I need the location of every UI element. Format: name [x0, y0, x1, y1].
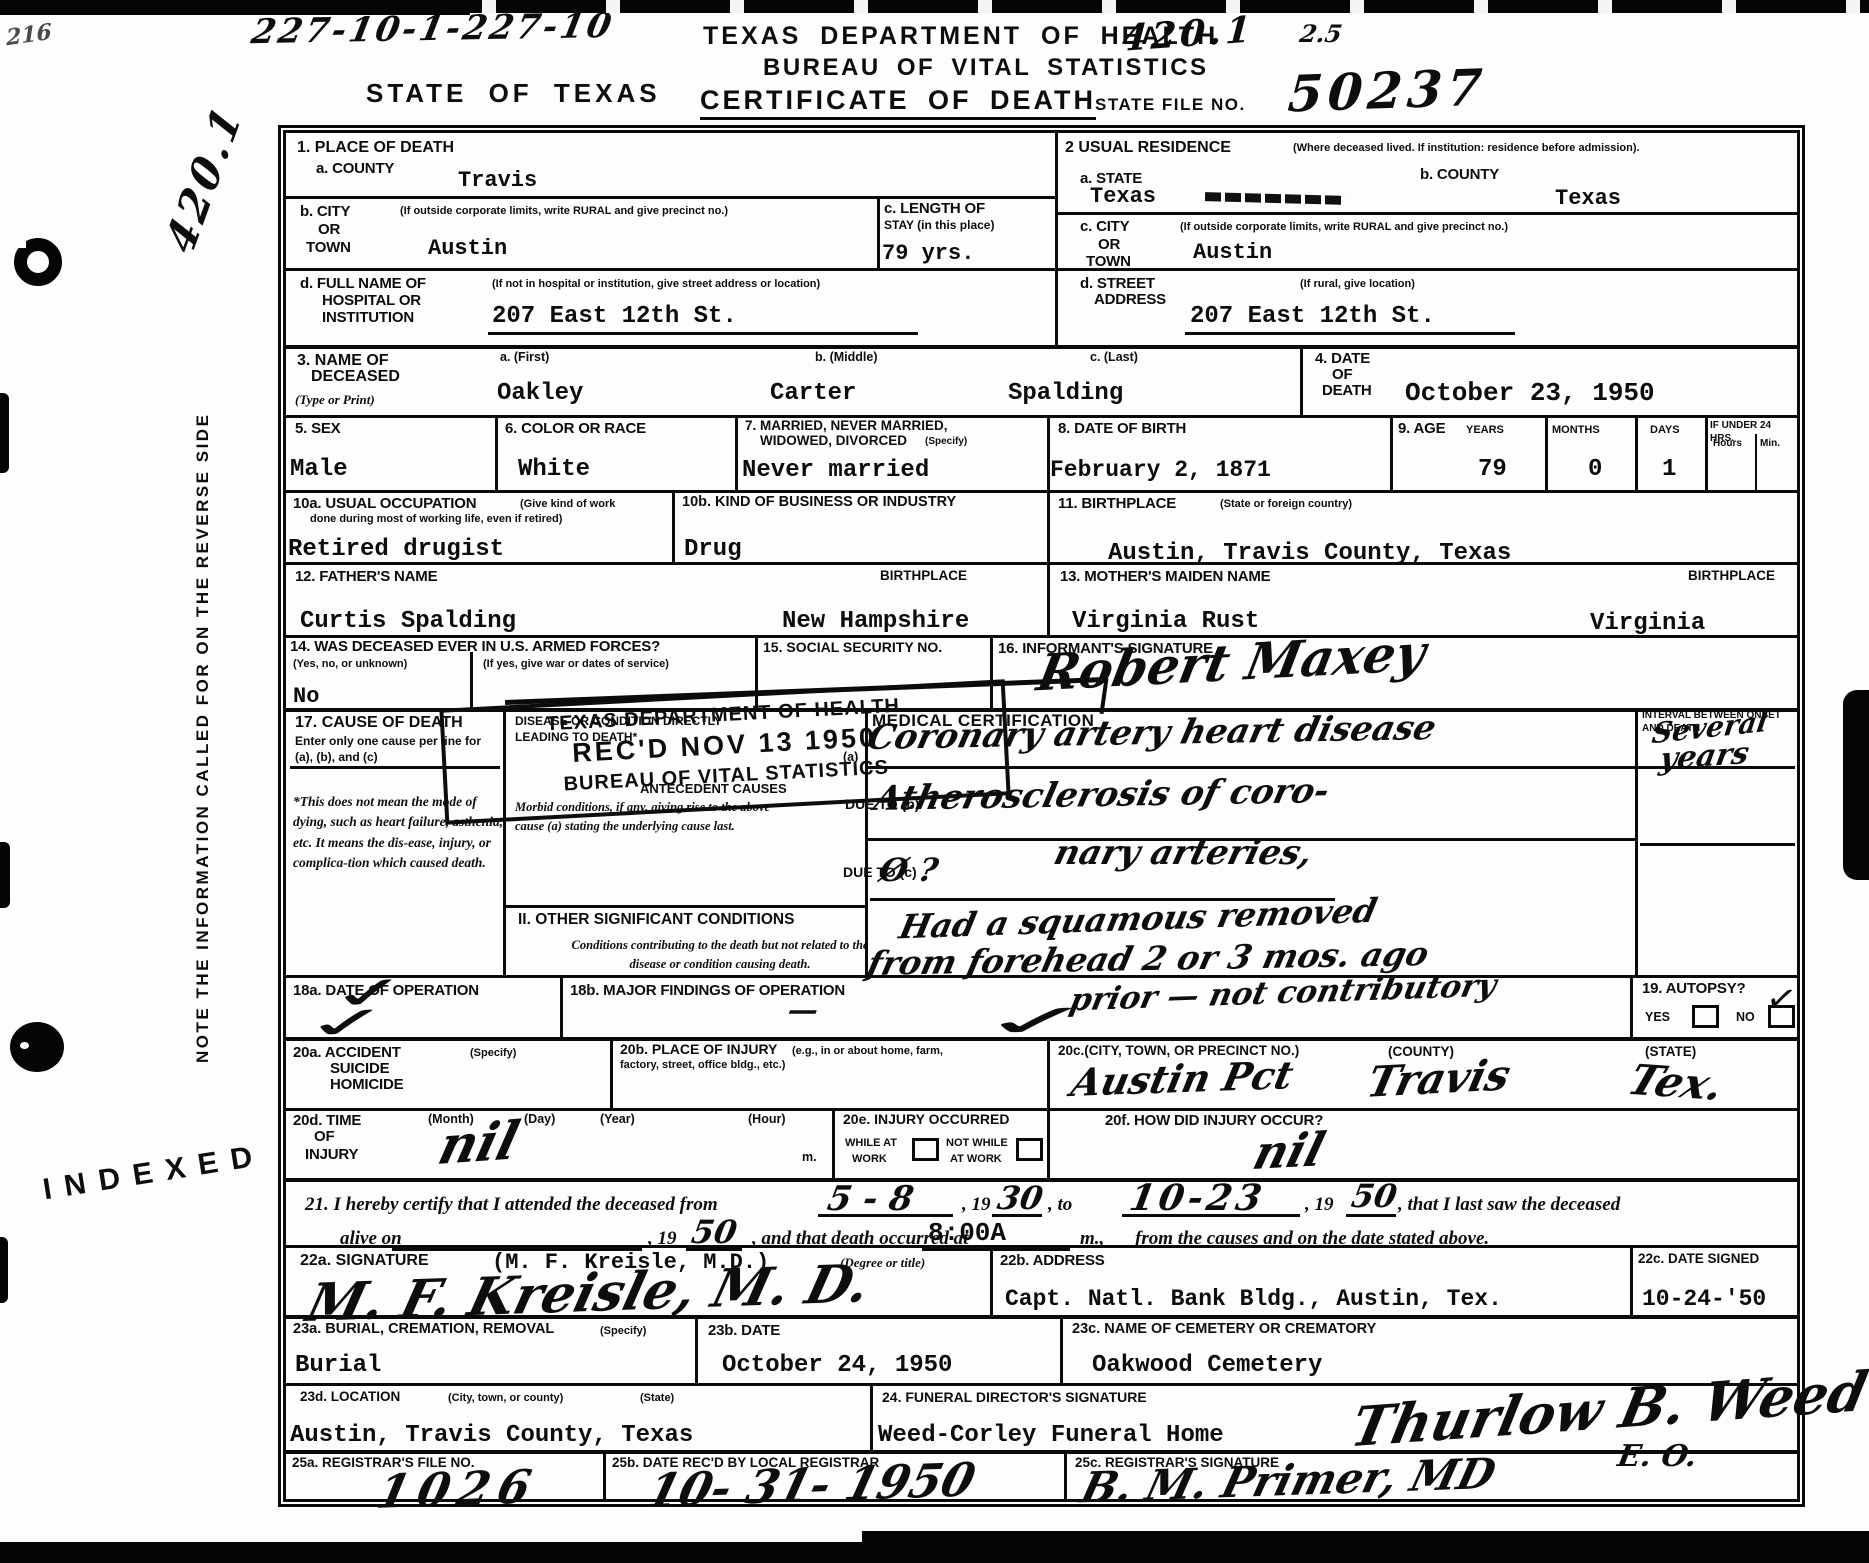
race-label: 6. COLOR OR RACE: [505, 420, 646, 437]
scan-edge-bottom: [0, 1542, 1869, 1563]
col-line: [832, 1108, 835, 1178]
middle-name-value: Carter: [770, 382, 856, 406]
injury-county-value: Travis: [1363, 1054, 1514, 1104]
cause-b-value2: nary arteries,: [1051, 836, 1316, 870]
burial-date-label: 23b. DATE: [708, 1322, 780, 1339]
row-line: [1055, 268, 1797, 271]
date-of-death-label: 4. DATE: [1315, 350, 1370, 367]
armed-forces-value: No: [293, 686, 319, 708]
stay-label2: STAY (in this place): [884, 218, 994, 234]
col-line: [1630, 975, 1633, 1037]
burial-note: (Specify): [600, 1324, 646, 1338]
sex-value: Male: [290, 458, 348, 482]
field-line: [488, 332, 918, 335]
interval-value2: years: [1657, 739, 1751, 776]
institution-label: d. FULL NAME OF: [300, 275, 426, 292]
injury-day-label: (Day): [524, 1112, 555, 1126]
autopsy-label: 19. AUTOPSY?: [1642, 980, 1745, 997]
mother-birthplace-label: BIRTHPLACE: [1688, 568, 1775, 584]
institution-label3: INSTITUTION: [322, 309, 414, 326]
scan-blob-right: [1843, 690, 1869, 880]
certify-from-yy: 30: [995, 1182, 1045, 1214]
major-findings-value: —: [785, 996, 820, 1026]
certify-m-word: m.,: [1080, 1228, 1104, 1251]
name-label2: DECEASED: [311, 368, 400, 386]
residence-city-value: Austin: [1193, 242, 1272, 264]
last-name-label: c. (Last): [1090, 350, 1138, 364]
institution-note: (If not in hospital or institution, give…: [492, 277, 820, 291]
col-line: [735, 415, 738, 490]
residence-city-note: (If outside corporate limits, write RURA…: [1180, 220, 1780, 234]
col-line: [1545, 415, 1548, 490]
row-line: [286, 490, 1797, 493]
file-code-small-handwriting: 2.5: [1298, 22, 1344, 46]
dob-label: 8. DATE OF BIRTH: [1058, 420, 1186, 437]
cause-b-value: Atherosclerosis of coro-: [871, 774, 1332, 816]
age-months-label: MONTHS: [1552, 423, 1600, 437]
county-value: Travis: [458, 170, 537, 192]
col-line: [870, 1383, 873, 1450]
checkmark-20a: ✓: [301, 1001, 397, 1047]
residence-county-label: b. COUNTY: [1420, 166, 1499, 183]
checkmark-20c: ✓: [976, 999, 1101, 1045]
residence-county-value: Texas: [1555, 188, 1621, 210]
death-certificate-scan: 216 227-10-1-227-10 420.1 2.5 420.1 NOTE…: [0, 0, 1869, 1563]
time-of-injury-label3: INJURY: [305, 1146, 358, 1163]
scan-edge-bottom-right: [862, 1531, 1869, 1545]
certify-text-pre: 21. I hereby certify that I attended the…: [305, 1194, 718, 1217]
col-line: [672, 490, 675, 562]
registrar-date-value: 10- 31- 1950: [642, 1456, 980, 1514]
registrar-file-value: 1026: [373, 1463, 543, 1515]
funeral-home-value: Weed-Corley Funeral Home: [878, 1424, 1224, 1448]
certify-to-yy: 50: [1349, 1180, 1399, 1212]
sex-label: 5. SEX: [295, 420, 341, 437]
autopsy-yes-checkbox[interactable]: [1692, 1005, 1719, 1028]
col-line: [1635, 708, 1638, 975]
col-line: [495, 415, 498, 490]
injury-m-label: m.: [802, 1150, 817, 1164]
autopsy-no-label: NO: [1736, 1010, 1755, 1024]
age-hours-label: Hours: [1713, 438, 1742, 451]
industry-value: Drug: [684, 538, 742, 562]
age-years-label: YEARS: [1466, 423, 1504, 437]
father-birthplace-label: BIRTHPLACE: [880, 568, 967, 584]
certify-tail2: from the causes and on the date stated a…: [1135, 1228, 1489, 1251]
first-name-label: a. (First): [500, 350, 549, 364]
col-line: [1047, 490, 1050, 562]
certify-19a: , 19: [962, 1194, 991, 1217]
institution-label2: HOSPITAL OR: [322, 292, 421, 309]
punch-hole-bottom: [10, 1022, 64, 1072]
not-while-label: NOT WHILE: [946, 1136, 1008, 1150]
address-value: Capt. Natl. Bank Bldg., Austin, Tex.: [1005, 1288, 1502, 1311]
certify-19c: , 19: [648, 1228, 677, 1251]
injury-year-label: (Year): [600, 1112, 635, 1126]
col-line: [1705, 415, 1708, 490]
col-line: [1390, 415, 1393, 490]
age-months-value: 0: [1588, 458, 1602, 482]
county-label: a. COUNTY: [316, 160, 394, 177]
state-file-no-value: 50237: [1286, 62, 1488, 119]
marital-value: Never married: [742, 459, 929, 483]
age-days-label: DAYS: [1650, 423, 1680, 437]
scan-edge-top-left: [0, 0, 470, 15]
occupation-note: (Give kind of work: [520, 497, 615, 511]
armed-forces-label: 14. WAS DECEASED EVER IN U.S. ARMED FORC…: [290, 638, 660, 655]
row-line: [286, 345, 1797, 349]
place-of-death-title: 1. PLACE OF DEATH: [297, 139, 454, 157]
address-label: 22b. ADDRESS: [1000, 1252, 1105, 1269]
row-line: [286, 1450, 1797, 1454]
birthplace-label: 11. BIRTHPLACE: [1058, 495, 1176, 512]
indexed-stamp: INDEXED: [41, 1141, 267, 1206]
mother-birthplace-value: Virginia: [1590, 612, 1705, 636]
armed-forces-note2: (If yes, give war or dates of service): [483, 657, 669, 671]
punch-hole-bottom-notch: [20, 1042, 29, 1049]
residence-state-value: Texas: [1090, 186, 1156, 208]
row-line: [286, 562, 1797, 565]
funeral-director-initials: E. O.: [1615, 1442, 1699, 1472]
col-line: [603, 1450, 606, 1502]
not-while-at-work-checkbox[interactable]: [1016, 1138, 1043, 1161]
occupation-label: 10a. USUAL OCCUPATION: [293, 495, 476, 512]
col-line: [610, 1037, 613, 1108]
row-line: [286, 268, 1055, 271]
age-days-value: 1: [1662, 458, 1676, 482]
father-label: 12. FATHER'S NAME: [295, 568, 437, 585]
date-of-death-value: October 23, 1950: [1405, 380, 1655, 406]
burial-location-state-note: (State): [640, 1391, 674, 1405]
scan-streak-2: [0, 842, 10, 908]
city-note: (If outside corporate limits, write RURA…: [400, 204, 840, 218]
cause-of-death-label: 17. CAUSE OF DEATH: [295, 714, 463, 732]
name-note: (Type or Print): [295, 390, 375, 410]
file-code-top-handwriting: 420.1: [1121, 11, 1256, 57]
first-name-value: Oakley: [497, 382, 583, 406]
birthplace-value: Austin, Travis County, Texas: [1108, 542, 1511, 566]
accident-label3: HOMICIDE: [330, 1076, 403, 1093]
col-line: [1055, 130, 1058, 345]
residence-city-label: c. CITY: [1080, 218, 1129, 235]
col-line: [877, 196, 880, 268]
col-line: [1047, 1108, 1050, 1178]
race-value: White: [518, 458, 590, 482]
row-line: [286, 415, 1797, 418]
state-file-no-label: STATE FILE NO.: [1095, 96, 1246, 113]
middle-name-label: b. (Middle): [815, 350, 878, 364]
scan-streak-3: [0, 1237, 8, 1303]
col-line: [1047, 562, 1050, 635]
usual-residence-note: (Where deceased lived. If institution: r…: [1293, 141, 1773, 155]
section-line: [503, 905, 865, 908]
injury-hour-label: (Hour): [748, 1112, 786, 1126]
pencil-number: 216: [6, 21, 52, 50]
stay-value: 79 yrs.: [882, 243, 974, 265]
institution-value: 207 East 12th St.: [492, 305, 737, 329]
accident-note: (Specify): [470, 1046, 516, 1060]
header-state-of-texas: STATE OF TEXAS: [366, 80, 661, 106]
accident-label2: SUICIDE: [330, 1060, 389, 1077]
cause-c-value: Ø ?: [877, 854, 940, 886]
date-signed-value: 10-24-'50: [1642, 1288, 1766, 1311]
name-label: 3. NAME OF: [297, 352, 389, 370]
header-certificate-title: CERTIFICATE OF DEATH: [700, 87, 1096, 120]
col-line: [1635, 415, 1638, 490]
city-label: b. CITY: [300, 203, 350, 220]
street-label: d. STREET: [1080, 275, 1155, 292]
while-at-work-checkbox[interactable]: [912, 1138, 939, 1161]
date-of-death-label3: DEATH: [1322, 382, 1372, 399]
row-line: [1055, 212, 1797, 215]
injury-time-scrawl: nil: [433, 1115, 523, 1173]
occupation-value: Retired drugist: [288, 538, 504, 562]
interval-line: [1640, 843, 1795, 846]
certify-tail1: , that I last saw the deceased: [1398, 1194, 1620, 1217]
col-line: [1047, 1037, 1050, 1108]
checkmark-autopsy-no: ✓: [1763, 980, 1799, 1021]
how-injury-scrawl: nil: [1249, 1126, 1330, 1176]
col-line: [695, 1315, 698, 1383]
street-label2: ADDRESS: [1094, 291, 1166, 308]
age-years-value: 79: [1478, 458, 1507, 482]
certify-19b: , 19: [1305, 1194, 1334, 1217]
cause-a-value: Coronary artery heart disease: [864, 711, 1439, 755]
certify-alive-pre: alive on: [340, 1228, 402, 1251]
armed-forces-note1: (Yes, no, or unknown): [293, 657, 407, 671]
last-name-value: Spalding: [1008, 382, 1123, 406]
certify-to-value: 10-23: [1127, 1180, 1268, 1216]
city-value: Austin: [428, 238, 507, 260]
date-of-death-label2: OF: [1332, 366, 1352, 383]
residence-city-town: TOWN: [1086, 253, 1131, 270]
burial-date-value: October 24, 1950: [722, 1354, 952, 1378]
father-birthplace-value: New Hampshire: [782, 610, 969, 634]
col-line: [1064, 1450, 1067, 1502]
burial-location-value: Austin, Travis County, Texas: [290, 1424, 693, 1448]
reverse-side-note: NOTE THE INFORMATION CALLED FOR ON THE R…: [194, 288, 224, 1063]
col-line: [1300, 345, 1303, 415]
header-bureau: BUREAU OF VITAL STATISTICS: [763, 56, 1209, 80]
occupation-note2: done during most of working life, even i…: [310, 512, 562, 526]
age-label: 9. AGE: [1398, 420, 1445, 437]
certify-to-word: , to: [1048, 1194, 1072, 1217]
injury-state-value: Tex.: [1623, 1059, 1731, 1107]
marital-note: (Specify): [925, 436, 967, 449]
city-or: OR: [318, 221, 340, 238]
col-line: [990, 1245, 993, 1315]
col-line: [1060, 1315, 1063, 1383]
certify-time-value: 8:00A: [928, 1220, 1006, 1246]
field-line: [1185, 332, 1515, 335]
age-min-label: Min.: [1760, 438, 1780, 451]
col-line: [1630, 1245, 1633, 1315]
street-note: (If rural, give location): [1300, 277, 1415, 291]
other-conditions-note: Conditions contributing to the death but…: [555, 936, 885, 974]
while-at-label: WHILE AT: [845, 1136, 897, 1150]
work-label: WORK: [852, 1152, 887, 1166]
stay-label: c. LENGTH OF: [884, 200, 985, 217]
time-of-injury-label: 20d. TIME: [293, 1112, 361, 1129]
col-line: [470, 652, 473, 708]
cemetery-value: Oakwood Cemetery: [1092, 1354, 1322, 1378]
mother-label: 13. MOTHER'S MAIDEN NAME: [1060, 568, 1270, 585]
signature-label: 22a. SIGNATURE: [300, 1252, 429, 1270]
burial-value: Burial: [295, 1354, 381, 1378]
certify-alive-yy: 50: [689, 1216, 739, 1248]
birthplace-note: (State or foreign country): [1220, 497, 1352, 511]
col-line: [560, 975, 563, 1037]
scan-streak-1: [0, 393, 9, 473]
usual-residence-title: 2 USUAL RESIDENCE: [1065, 139, 1231, 157]
file-code-side-handwriting: 420.1: [160, 98, 249, 260]
autopsy-yes-label: YES: [1645, 1010, 1670, 1024]
time-of-injury-label2: OF: [314, 1128, 334, 1145]
certify-from-value: 5 - 8: [825, 1182, 916, 1216]
city-town: TOWN: [306, 239, 351, 256]
injury-city-value: Austin Pct: [1068, 1056, 1297, 1102]
dob-value: February 2, 1871: [1050, 459, 1271, 482]
street-value: 207 East 12th St.: [1190, 305, 1435, 329]
residence-city-or: OR: [1098, 236, 1120, 253]
punch-hole-top-notch: [10, 234, 26, 248]
row-line: [286, 196, 1055, 199]
place-of-injury-note: (e.g., in or about home, farm, factory, …: [620, 1044, 970, 1073]
mother-value: Virginia Rust: [1072, 610, 1259, 634]
burial-location-note: (City, town, or county): [448, 1391, 563, 1405]
father-value: Curtis Spalding: [300, 610, 516, 634]
at-work-label: AT WORK: [950, 1152, 1002, 1166]
